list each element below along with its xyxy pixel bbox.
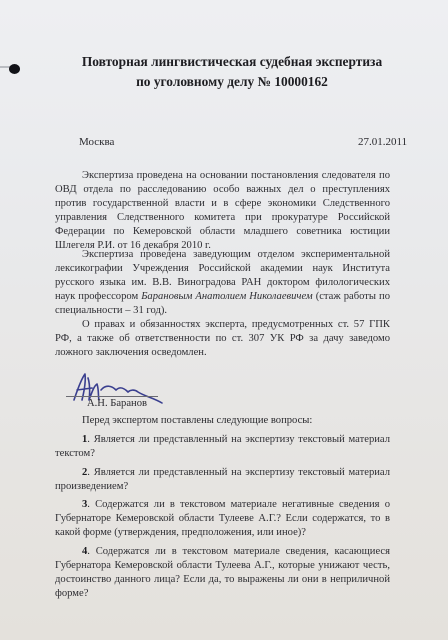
document-title-line2: по уголовному делу № 10000162 — [8, 73, 448, 90]
question-item: 2. Является ли представленный на эксперт… — [55, 466, 390, 494]
expert-name: Барановым Анатолием Николаевичем — [141, 291, 313, 302]
question-item: 1. Является ли представленный на эксперт… — [55, 433, 390, 461]
question-item: 3. Содержатся ли в текстовом материале н… — [55, 498, 390, 540]
question-text: . Содержатся ли в текстовом материале св… — [55, 546, 390, 599]
paragraph-basis: Экспертиза проведена на основании постан… — [55, 169, 390, 252]
document-title-line1: Повторная лингвистическая судебная экспе… — [8, 53, 448, 70]
question-text: . Является ли представленный на эксперти… — [55, 434, 390, 459]
questions-intro: Перед экспертом поставлены следующие воп… — [82, 415, 312, 426]
signature-name: А.Н. Баранов — [87, 398, 147, 409]
document-date: 27.01.2011 — [358, 136, 407, 148]
document-page: Повторная лингвистическая судебная экспе… — [0, 0, 448, 640]
signature-line — [66, 396, 158, 397]
document-city: Москва — [79, 136, 114, 148]
paragraph-rights: О правах и обязанностях эксперта, предус… — [55, 318, 390, 360]
question-text: . Является ли представленный на эксперти… — [55, 467, 390, 492]
question-text: . Содержатся ли в текстовом материале не… — [55, 499, 390, 538]
question-item: 4. Содержатся ли в текстовом материале с… — [55, 545, 390, 601]
paragraph-expert: Экспертиза проведена заведующим отделом … — [55, 248, 390, 318]
